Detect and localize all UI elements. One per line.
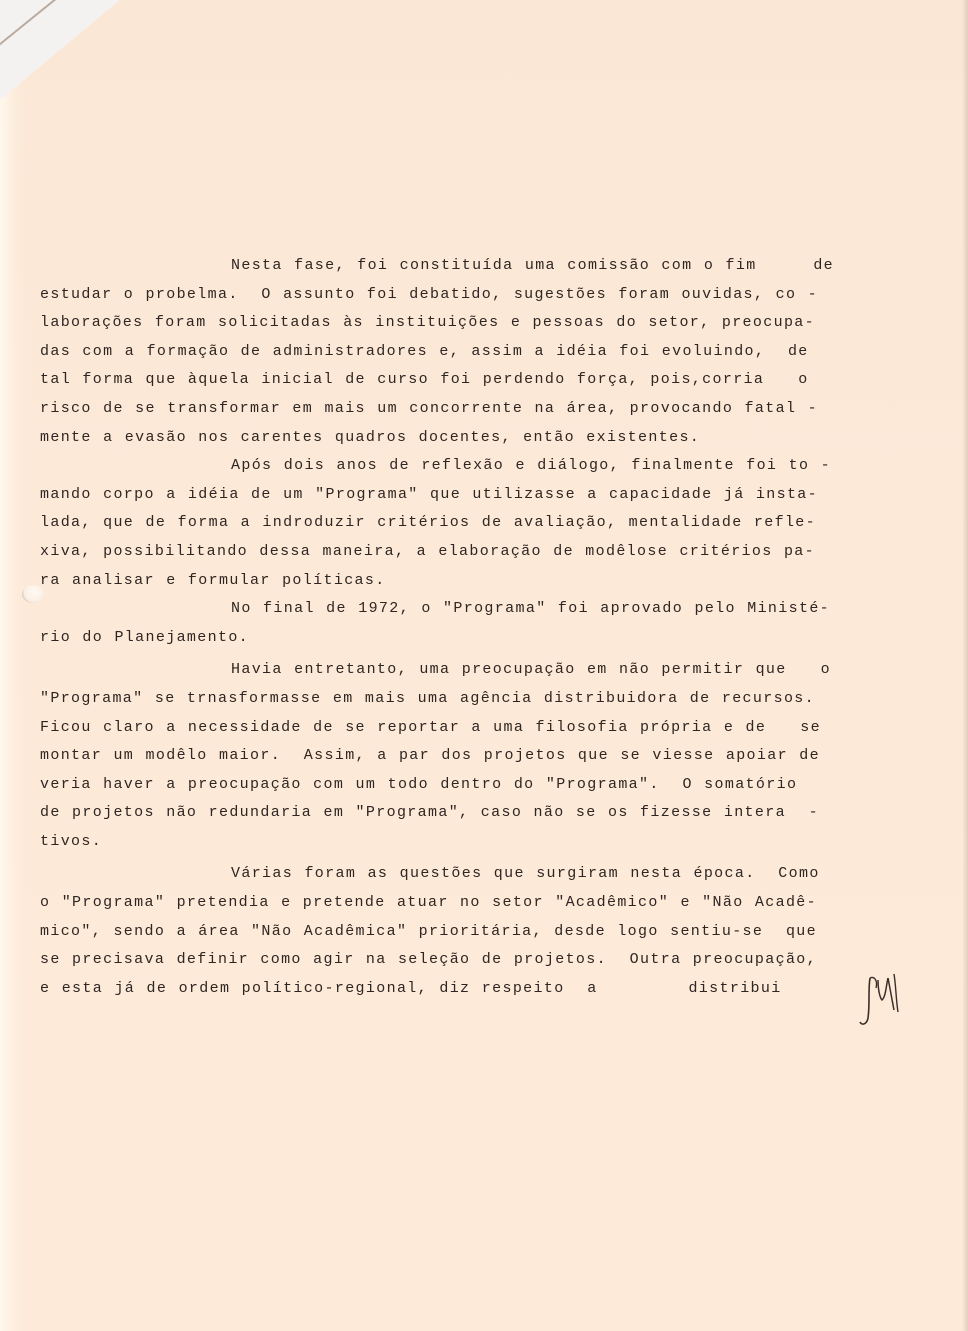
text-line: tivos. xyxy=(40,828,882,857)
text-line: Após dois anos de reflexão e diálogo, fi… xyxy=(40,452,882,481)
text-line: rio do Planejamento. xyxy=(40,624,882,653)
paragraph-5: Várias foram as questões que surgiram ne… xyxy=(40,860,882,1003)
text-line: mando corpo a idéia de um "Programa" que… xyxy=(40,481,882,510)
text-line: estudar o probelma. O assunto foi debati… xyxy=(40,281,882,310)
text-line: ra analisar e formular políticas. xyxy=(40,567,882,596)
text-line: o "Programa" pretendia e pretende atuar … xyxy=(40,889,882,918)
text-line: veria haver a preocupação com um todo de… xyxy=(40,771,882,800)
text-line: de projetos não redundaria em "Programa"… xyxy=(40,799,882,828)
text-line: Nesta fase, foi constituída uma comissão… xyxy=(40,252,882,281)
text-line: lada, que de forma a indroduzir critério… xyxy=(40,509,882,538)
text-line: No final de 1972, o "Programa" foi aprov… xyxy=(40,595,882,624)
handwritten-initials-signature xyxy=(858,970,908,1030)
text-line: montar um modêlo maior. Assim, a par dos… xyxy=(40,742,882,771)
text-line: mente a evasão nos carentes quadros doce… xyxy=(40,424,882,453)
typewritten-body: Nesta fase, foi constituída uma comissão… xyxy=(40,252,882,1003)
paragraph-1: Nesta fase, foi constituída uma comissão… xyxy=(40,252,882,452)
folded-corner xyxy=(0,0,120,100)
paragraph-4: Havia entretanto, uma preocupação em não… xyxy=(40,656,882,856)
text-line: tal forma que àquela inicial de curso fo… xyxy=(40,366,882,395)
text-line: Havia entretanto, uma preocupação em não… xyxy=(40,656,882,685)
text-line: risco de se transformar em mais um conco… xyxy=(40,395,882,424)
paragraph-2: Após dois anos de reflexão e diálogo, fi… xyxy=(40,452,882,595)
text-line: mico", sendo a área "Não Acadêmica" prio… xyxy=(40,918,882,947)
page-left-edge xyxy=(0,0,26,1331)
text-line: se precisava definir como agir na seleçã… xyxy=(40,946,882,975)
paragraph-3: No final de 1972, o "Programa" foi aprov… xyxy=(40,595,882,652)
text-line: laborações foram solicitadas às institui… xyxy=(40,309,882,338)
text-line: "Programa" se trnasformasse em mais uma … xyxy=(40,685,882,714)
text-line: e esta já de ordem político-regional, di… xyxy=(40,975,882,1004)
text-line: Ficou claro a necessidade de se reportar… xyxy=(40,714,882,743)
text-line: das com a formação de administradores e,… xyxy=(40,338,882,367)
text-line: Várias foram as questões que surgiram ne… xyxy=(40,860,882,889)
text-line: xiva, possibilitando dessa maneira, a el… xyxy=(40,538,882,567)
page-right-edge xyxy=(962,0,968,1331)
